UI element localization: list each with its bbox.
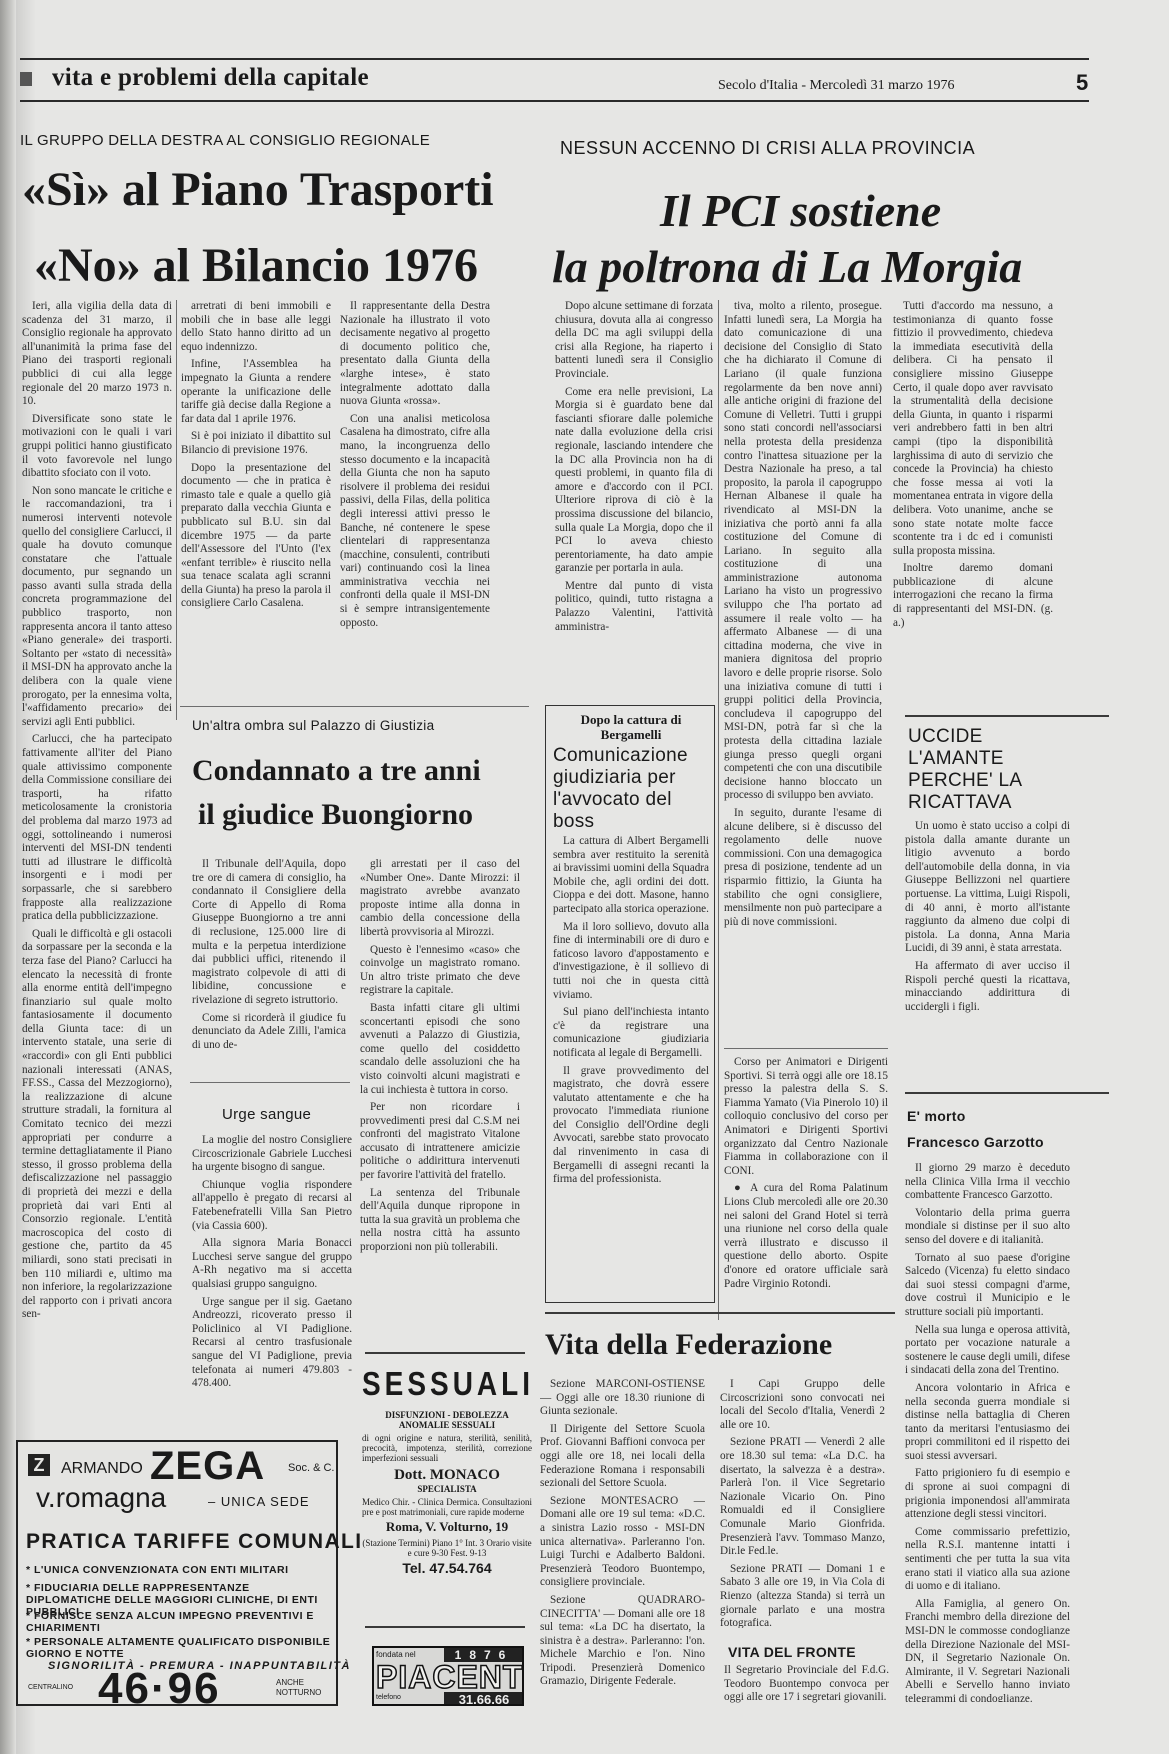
paragraph: Il Tribunale dell'Aquila, dopo tre ore d…	[192, 858, 346, 1008]
article-column: arretrati di beni immobili e mobili che …	[181, 300, 331, 710]
article-column: Ieri, alla vigilia della data di scadenz…	[22, 300, 172, 1430]
ad-title: SESSUALI	[362, 1365, 532, 1403]
paragraph: Questo è l'ennesimo «caso» che coinvolge…	[360, 944, 520, 998]
article-column: Sezione MARCONI-OSTIENSE — Oggi alle ore…	[540, 1378, 705, 1708]
paragraph: Il grave provvedimento del magistrato, c…	[553, 1065, 709, 1187]
article-headline: «Sì» al Piano Trasporti	[22, 166, 494, 214]
paragraph: Sezione MARCONI-OSTIENSE — Oggi alle ore…	[540, 1378, 705, 1419]
paragraph: In seguito, durante l'esame di alcune de…	[724, 807, 882, 929]
paragraph: Mentre dal punto di vista politico, quin…	[555, 580, 713, 634]
paragraph: Il Dirigente del Settore Scuola Prof. Gi…	[540, 1423, 705, 1491]
paragraph: Corso per Animatori e Dirigenti Sportivi…	[724, 1056, 888, 1178]
paragraph: Ancora volontario in Africa e nella seco…	[905, 1382, 1070, 1464]
paragraph: Fatto prigioniero fu di esempio e di spr…	[905, 1467, 1070, 1521]
sessuali-advertisement: SESSUALI DISFUNZIONI - DEBOLEZZA ANOMALI…	[362, 1360, 532, 1576]
paragraph: Per non ricordare i provvedimenti presi …	[360, 1101, 520, 1183]
article-headline: la poltrona di La Morgia	[552, 244, 1022, 290]
paragraph: gli arrestati per il caso del «Number On…	[360, 858, 520, 940]
issue-date: Secolo d'Italia - Mercoledì 31 marzo 197…	[718, 78, 955, 94]
paragraph: Con una analisi meticolosa Casalena ha d…	[340, 413, 490, 631]
article-column: tiva, molto a rilento, prosegue. Infatti…	[724, 300, 882, 1030]
article-kicker: IL GRUPPO DELLA DESTRA AL CONSIGLIO REGI…	[20, 132, 430, 149]
zega-tagline: PRATICA TARIFFE COMUNALI	[26, 1530, 363, 1554]
paragraph: Quali le difficoltà e gli ostacoli da so…	[22, 928, 172, 1322]
paragraph: Tutti d'accordo ma nessuno, a testimonia…	[893, 300, 1053, 558]
article-headline: VITA DEL FRONTE	[728, 1644, 856, 1660]
ad-founded-label: fondata nel	[376, 1650, 416, 1659]
paragraph: I Capi Gruppo delle Circoscrizioni sono …	[720, 1378, 885, 1432]
article-column: Il rappresentante della Destra Nazionale…	[340, 300, 490, 710]
zega-street: v.romagna	[36, 1482, 166, 1514]
article-headline: UCCIDE L'AMANTE PERCHE' LA RICATTAVA	[908, 726, 1068, 814]
section-marker-icon	[20, 72, 32, 86]
ad-address: Roma, V. Volturno, 19	[362, 1519, 532, 1535]
article-column: Il Segretario Provinciale del F.d.G. Teo…	[724, 1664, 889, 1708]
paragraph: arretrati di beni immobili e mobili che …	[181, 300, 331, 354]
section-title: vita e problemi della capitale	[52, 64, 369, 92]
article-column: I Capi Gruppo delle Circoscrizioni sono …	[720, 1378, 885, 1628]
section-divider	[905, 715, 1109, 717]
ad-specialty: SPECIALISTA	[362, 1484, 532, 1494]
article-headline: il giudice Buongiorno	[198, 800, 473, 830]
section-divider	[905, 1092, 1109, 1094]
paragraph: La cattura di Albert Bergamelli sembra a…	[553, 835, 709, 917]
paragraph: Alla signora Maria Bonacci Lucchesi serv…	[192, 1237, 352, 1291]
header-bottom-rule	[20, 100, 1089, 102]
paragraph: Tornato al suo paese d'origine Salcedo (…	[905, 1252, 1070, 1320]
paragraph: Alla Famiglia, al genero On. Franchi mem…	[905, 1598, 1070, 1702]
section-divider	[545, 1312, 895, 1314]
paragraph: Il rappresentante della Destra Nazionale…	[340, 300, 490, 409]
paragraph: Dopo alcune settimane di forzata chiusur…	[555, 300, 713, 382]
article-kicker: NESSUN ACCENNO DI CRISI ALLA PROVINCIA	[560, 138, 975, 159]
paragraph: tiva, molto a rilento, prosegue. Infatti…	[724, 300, 882, 803]
ad-brand-name: PIACENTI	[376, 1661, 522, 1693]
zega-advertisement: Z ARMANDO ZEGA Soc. & C. v.romagna – UNI…	[16, 1440, 338, 1706]
paragraph: Il giorno 29 marzo è deceduto nella Clin…	[905, 1162, 1070, 1203]
zega-central-label: CENTRALINO	[28, 1684, 73, 1691]
article-column: Dopo alcune settimane di forzata chiusur…	[555, 300, 713, 710]
paragraph: Dopo la presentazione del documento — ch…	[181, 462, 331, 612]
zega-company: Soc. & C.	[288, 1462, 334, 1474]
paragraph: Si è poi iniziato il dibattito sul Bilan…	[181, 430, 331, 457]
article-column: Tutti d'accordo ma nessuno, a testimonia…	[893, 300, 1053, 720]
article-headline: Vita della Federazione	[545, 1330, 832, 1360]
paragraph: Sezione MONTESACRO — Domani alle ore 19 …	[540, 1495, 705, 1590]
zega-bullet: * FORNISCE SENZA ALCUN IMPEGNO PREVENTIV…	[26, 1610, 332, 1634]
paragraph: Ha affermato di aver ucciso il Rispoli p…	[905, 960, 1070, 1014]
paragraph: Nella sua lunga e operosa attività, port…	[905, 1324, 1070, 1378]
ad-phone: 31.66.66	[444, 1692, 524, 1706]
ad-divider	[365, 1352, 525, 1354]
paragraph: Volontario della prima guerra mondiale s…	[905, 1207, 1070, 1248]
zega-night-label: ANCHE NOTTURNO	[276, 1678, 326, 1698]
paragraph: Sezione QUADRARO-CINECITTA' — Domani all…	[540, 1594, 705, 1689]
ad-hours: (Stazione Termini) Piano 1° Int. 3 Orari…	[362, 1538, 532, 1558]
zega-logo-icon: Z	[28, 1454, 50, 1476]
article-column: Un uomo è stato ucciso a colpi di pistol…	[905, 820, 1070, 1080]
article-column: La cattura di Albert Bergamelli sembra a…	[553, 835, 709, 1295]
paragraph: Infine, l'Assemblea ha impegnato la Giun…	[181, 358, 331, 426]
section-divider	[180, 706, 529, 707]
article-headline: Condannato a tre anni	[192, 756, 481, 786]
page-binding-edge	[0, 0, 16, 1754]
paragraph: Come commissario prefettizio, nella R.S.…	[905, 1526, 1070, 1594]
paragraph: Non sono mancate le critiche e le raccom…	[22, 485, 172, 730]
piacenti-advertisement: fondata nel 1876 PIACENTI telefono 31.66…	[372, 1646, 524, 1706]
article-column: Il Tribunale dell'Aquila, dopo tre ore d…	[192, 858, 346, 1063]
zega-bullet: * PERSONALE ALTAMENTE QUALIFICATO DISPON…	[26, 1636, 332, 1660]
ad-phone: Tel. 47.54.764	[362, 1560, 532, 1576]
article-column: Corso per Animatori e Dirigenti Sportivi…	[724, 1056, 888, 1306]
article-headline: E' morto	[907, 1108, 966, 1124]
article-headline: Il PCI sostiene	[660, 188, 941, 234]
ad-subtitle: DISFUNZIONI - DEBOLEZZA ANOMALIE SESSUAL…	[362, 1410, 532, 1430]
zega-sede: – UNICA SEDE	[208, 1494, 310, 1509]
article-column: Il giorno 29 marzo è deceduto nella Clin…	[905, 1162, 1070, 1702]
column-divider	[718, 300, 719, 1320]
ad-divider	[365, 1626, 525, 1628]
article-headline: Francesco Garzotto	[907, 1134, 1044, 1150]
paragraph: La moglie del nostro Consigliere Circosc…	[192, 1134, 352, 1175]
paragraph: ● A cura del Roma Palatinum Lions Club m…	[724, 1182, 888, 1291]
article-column: La moglie del nostro Consigliere Circosc…	[192, 1134, 352, 1424]
article-headline: Comunicazione giudiziaria per l'avvocato…	[553, 745, 711, 833]
zega-first-name: ARMANDO	[61, 1460, 143, 1478]
paragraph: Diversificate sono state le motivazioni …	[22, 413, 172, 481]
article-column: gli arrestati per il caso del «Number On…	[360, 858, 520, 1308]
paragraph: Ieri, alla vigilia della data di scadenz…	[22, 300, 172, 409]
ad-details: Medico Chir. - Clinica Dermica. Consulta…	[362, 1497, 532, 1517]
ad-phone-label: telefono	[376, 1694, 401, 1701]
paragraph: Un uomo è stato ucciso a colpi di pistol…	[905, 820, 1070, 956]
article-headline: «No» al Bilancio 1976	[34, 242, 478, 290]
paragraph: Chiunque voglia rispondere all'appello è…	[192, 1179, 352, 1233]
article-kicker: Dopo la cattura di Bergamelli	[556, 712, 706, 742]
paragraph: Sul piano dell'inchiesta intanto c'è da …	[553, 1006, 709, 1060]
article-headline: Urge sangue	[222, 1106, 311, 1123]
page-number: 5	[1076, 70, 1088, 96]
paragraph: Carlucci, che ha partecipato fattivament…	[22, 733, 172, 923]
paragraph: La sentenza del Tribunale dell'Aquila du…	[360, 1187, 520, 1255]
section-divider	[190, 1082, 350, 1083]
zega-bullet: * L'UNICA CONVENZIONATA CON ENTI MILITAR…	[26, 1564, 326, 1576]
section-divider	[724, 1048, 888, 1049]
paragraph: Ma il loro sollievo, dovuto alla fine di…	[553, 921, 709, 1003]
ad-description: di ogni origine e natura, sterilità, sen…	[362, 1433, 532, 1463]
paragraph: Basta infatti citare gli ultimi sconcert…	[360, 1002, 520, 1097]
paragraph: Come si ricorderà il giudice fu denuncia…	[192, 1012, 346, 1053]
column-divider	[176, 300, 177, 720]
ad-doctor: Dott. MONACO	[362, 1467, 532, 1484]
header-top-rule	[20, 58, 1089, 60]
zega-phone: 46·96	[98, 1664, 221, 1714]
paragraph: Sezione PRATI — Venerdì 2 alle ore 18.30…	[720, 1436, 885, 1558]
article-kicker: Un'altra ombra sul Palazzo di Giustizia	[192, 718, 434, 733]
zega-name: ZEGA	[150, 1444, 265, 1489]
paragraph: Urge sangue per il sig. Gaetano Andreozz…	[192, 1296, 352, 1391]
paragraph: Come era nelle previsioni, La Morgia si …	[555, 386, 713, 576]
paragraph: Inoltre daremo domani pubblicazione di a…	[893, 562, 1053, 630]
paragraph: Sezione PRATI — Domani 1 e Sabato 3 alle…	[720, 1563, 885, 1628]
